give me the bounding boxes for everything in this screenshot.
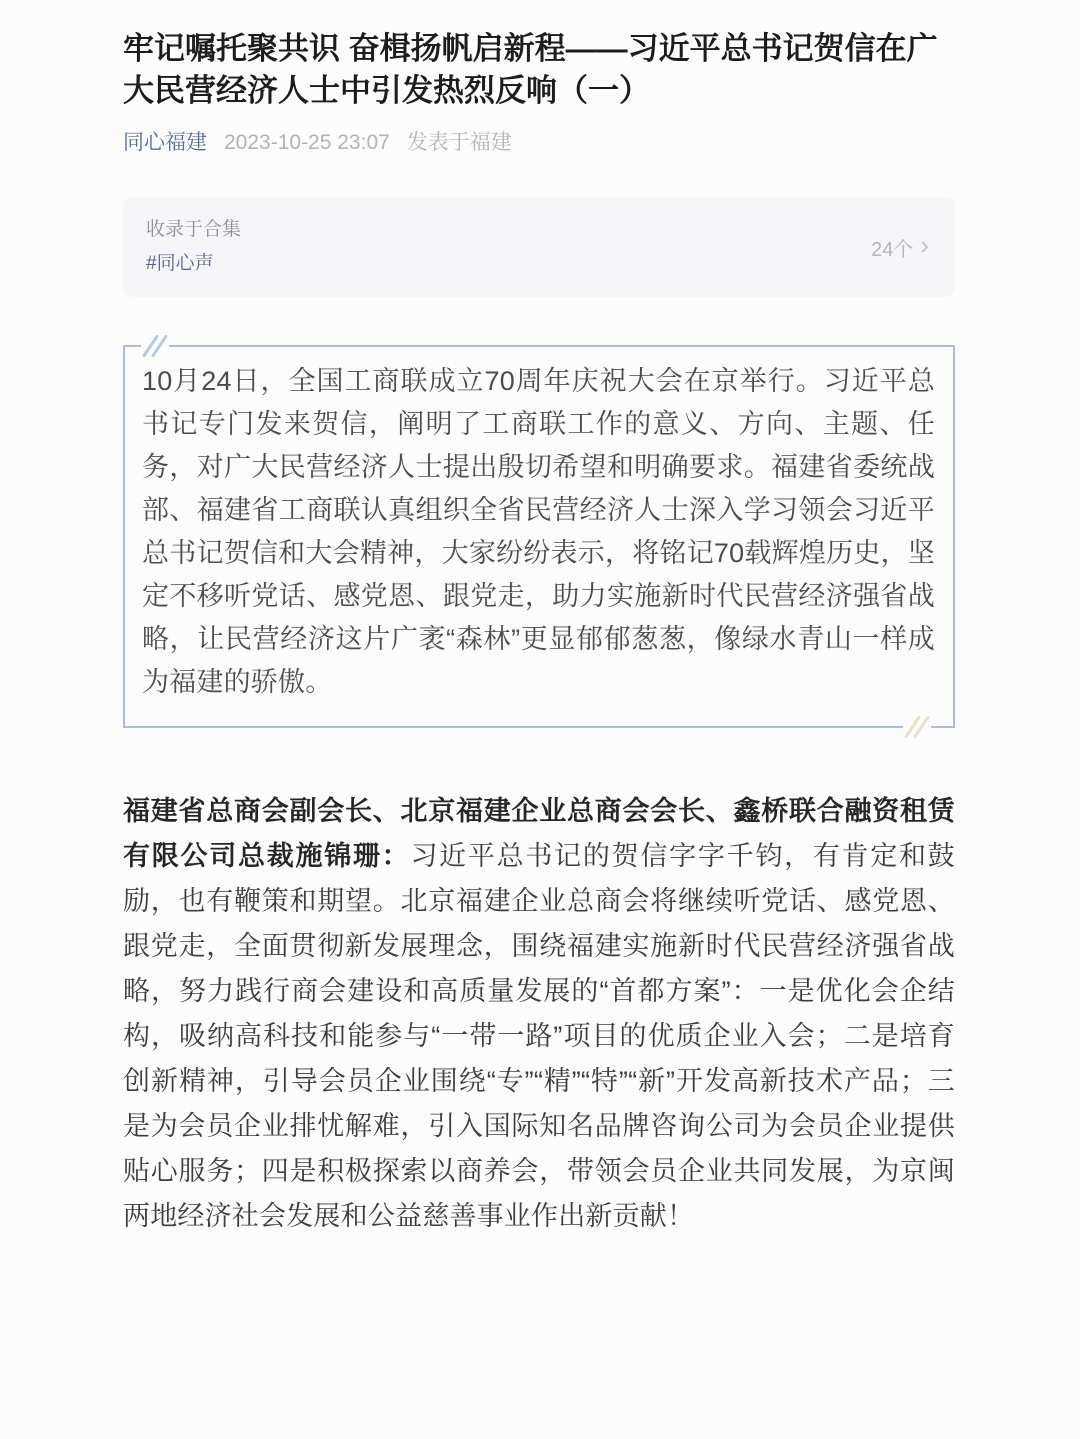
collection-count-wrap: 24个 › [871, 233, 929, 262]
publish-location: 发表于福建 [407, 130, 512, 156]
collection-card[interactable]: 收录于合集 #同心声 24个 › [123, 197, 955, 297]
quote-block: 10月24日，全国工商联成立70周年庆祝大会在京举行。习近平总书记专门发来贺信，… [123, 345, 955, 728]
collection-label: 收录于合集 [146, 218, 241, 242]
page-title: 牢记嘱托聚共识 奋楫扬帆启新程——习近平总书记贺信在广大民营经济人士中引发热烈反… [123, 28, 955, 112]
collection-tag-link[interactable]: #同心声 [146, 252, 241, 276]
slash-decoration-top [141, 333, 169, 359]
collection-count: 24个 [871, 233, 913, 262]
body-paragraph: 福建省总商会副会长、北京福建企业总商会会长、鑫桥联合融资租赁有限公司总裁施锦珊：… [123, 789, 955, 1239]
article-page: 牢记嘱托聚共识 奋楫扬帆启新程——习近平总书记贺信在广大民营经济人士中引发热烈反… [0, 0, 1080, 1239]
quote-text: 10月24日，全国工商联成立70周年庆祝大会在京举行。习近平总书记专门发来贺信，… [142, 360, 935, 704]
body-text: 习近平总书记的贺信字字千钧，有肯定和鼓励，也有鞭策和期望。北京福建企业总商会将继… [123, 841, 955, 1231]
collection-info: 收录于合集 #同心声 [146, 218, 241, 276]
slash-decoration-bottom [903, 714, 931, 740]
account-link[interactable]: 同心福建 [123, 130, 207, 156]
article-meta: 同心福建 2023-10-25 23:07 发表于福建 [123, 130, 955, 156]
chevron-right-icon: › [920, 235, 929, 255]
publish-time: 2023-10-25 23:07 [224, 130, 390, 156]
